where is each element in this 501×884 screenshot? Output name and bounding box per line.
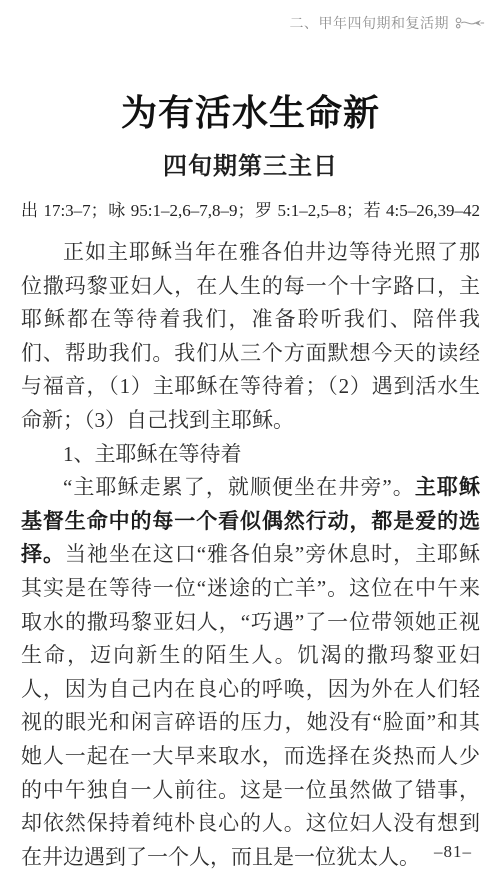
paragraph-section-text-2: 当祂坐在这口“雅各伯泉”旁休息时，主耶稣其实是在等待一位“迷途的亡羊”。这位在中… (21, 542, 480, 868)
scripture-readings: 出 17:3–7；咏 95:1–2,6–7,8–9；罗 5:1–2,5–8；若 … (21, 199, 480, 223)
running-head: 二、甲年四旬期和复活期 (290, 13, 486, 33)
paragraph-intro: 正如主耶稣当年在雅各伯井边等待光照了那位撒玛黎亚妇人，在人生的每一个十字路口，主… (21, 236, 480, 438)
article-body: 正如主耶稣当年在雅各伯井边等待光照了那位撒玛黎亚妇人，在人生的每一个十字路口，主… (21, 236, 480, 874)
book-page: 二、甲年四旬期和复活期 为有活水生命新 四旬期第三主日 出 17:3–7；咏 9… (0, 0, 501, 884)
article-subtitle: 四旬期第三主日 (21, 152, 480, 182)
paragraph-section-text-1: “主耶稣走累了，就顺便坐在井旁”。 (63, 475, 415, 499)
paragraph-section: “主耶稣走累了，就顺便坐在井旁”。主耶稣基督生命中的每一个看似偶然行动，都是爱的… (21, 471, 480, 874)
running-head-title: 二、甲年四旬期和复活期 (290, 13, 450, 33)
section-heading: 1、主耶稣在等待着 (21, 438, 480, 472)
flourish-icon (455, 15, 485, 31)
page-number: –81– (434, 842, 472, 862)
article-title: 为有活水生命新 (21, 92, 480, 134)
